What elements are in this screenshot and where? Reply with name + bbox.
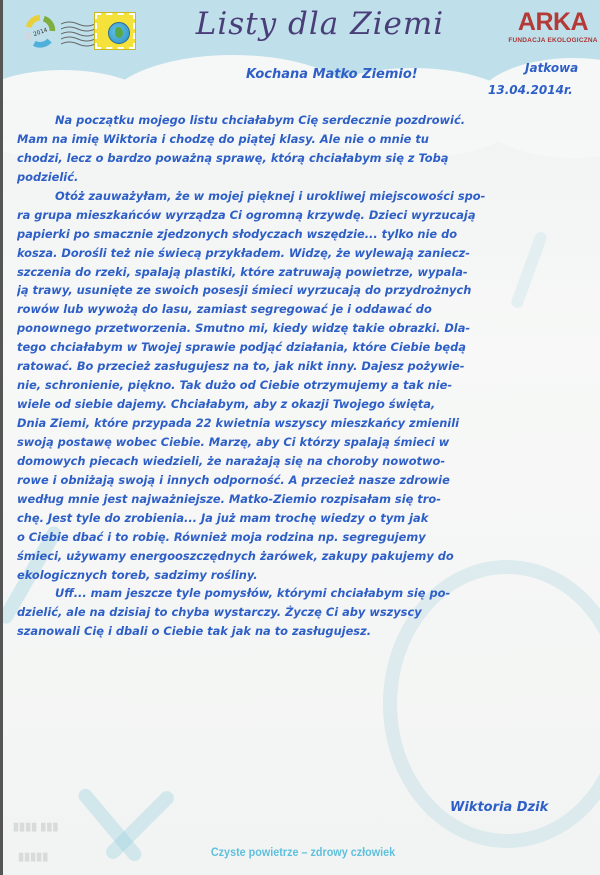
letter-line: ją trawy, usunięte ze swoich posesji śmi… — [17, 281, 595, 300]
letter-line: ra grupa mieszkańców wyrządza Ci ogromną… — [17, 206, 595, 225]
letter-line: dzielić, ale na dzisiaj to chyba wystarc… — [17, 603, 595, 622]
letter-line: chę. Jest tyle do zrobienia... Ja już ma… — [17, 509, 595, 528]
brand-subtitle: FUNDACJA EKOLOGICZNA — [503, 37, 600, 44]
letter-line: wiele od siebie dajemy. Chciałabym, aby … — [17, 395, 595, 414]
footer-slogan: Czyste powietrze – zdrowy człowiek — [33, 845, 573, 859]
letter-line: szczenia do rzeki, spalają plastiki, któ… — [17, 263, 595, 282]
letter-line: ratować. Bo przecież zasługujesz na to, … — [17, 357, 595, 376]
brand-logo: ARKA — [503, 8, 600, 36]
letter-place: Jatkowa — [525, 61, 578, 75]
letter-line: Na początku mojego listu chciałabym Cię … — [17, 111, 595, 130]
letter-line: nie, schronienie, piękno. Tak dużo od Ci… — [17, 376, 595, 395]
letter-line: Mam na imię Wiktoria i chodzę do piątej … — [17, 130, 595, 149]
svg-text:2014: 2014 — [33, 27, 49, 38]
letter-line: podzielić. — [17, 168, 595, 187]
letter-line: Uff... mam jeszcze tyle pomysłów, którym… — [17, 584, 595, 603]
earth-stamp-icon — [95, 13, 135, 49]
letter-line: według mnie jest najważniejsze. Matko-Zi… — [17, 490, 595, 509]
letter-line: tego chciałabym w Twojej sprawie podjąć … — [17, 338, 595, 357]
sponsor-logo: ▮▮▮▮ ▮▮▮ — [13, 820, 58, 833]
letter-line: chodzi, lecz o bardzo poważną sprawę, kt… — [17, 149, 595, 168]
letter-page: ▮▮▮▮ ▮▮▮ ▮▮▮▮▮ 2014 Listy dla Ziemi ARKA… — [0, 0, 600, 875]
letter-line: swoją postawę wobec Ciebie. Marzę, aby C… — [17, 433, 595, 452]
letter-line: domowych piecach wiedzieli, że narażają … — [17, 452, 595, 471]
letter-date: 13.04.2014r. — [488, 83, 573, 97]
letter-line: papierki po smacznie zjedzonych słodycza… — [17, 225, 595, 244]
letter-line: Dnia Ziemi, które przypada 22 kwietnia w… — [17, 414, 595, 433]
page-title: Listy dla Ziemi — [185, 6, 455, 42]
letter-line: rowe i obniżają swoją i innych odporność… — [17, 471, 595, 490]
letter-line: szanowali Cię i dbali o Ciebie tak jak n… — [17, 622, 595, 641]
letter-line: o Ciebie dbać i to robię. Również moja r… — [17, 528, 595, 547]
letter-line: ekologicznych toreb, sadzimy rośliny. — [17, 566, 595, 585]
letter-signature: Wiktoria Dzik — [450, 800, 548, 815]
letter-greeting: Kochana Matko Ziemio! — [246, 67, 418, 82]
letter-line: śmieci, używamy energooszczędnych żarówe… — [17, 547, 595, 566]
letter-line: rowów lub wywożą do lasu, zamiast segreg… — [17, 300, 595, 319]
letter-line: ponownego przetworzenia. Smutno mi, kied… — [17, 319, 595, 338]
globe-icon — [108, 22, 130, 44]
postmark-lines-icon — [61, 18, 95, 48]
letter-line: Otóż zauważyłam, że w mojej pięknej i ur… — [17, 187, 595, 206]
letter-line: kosza. Dorośli też nie świecą przykładem… — [17, 244, 595, 263]
recycle-logo-icon: 2014 — [21, 12, 59, 50]
letter-body: Na początku mojego listu chciałabym Cię … — [17, 111, 595, 641]
